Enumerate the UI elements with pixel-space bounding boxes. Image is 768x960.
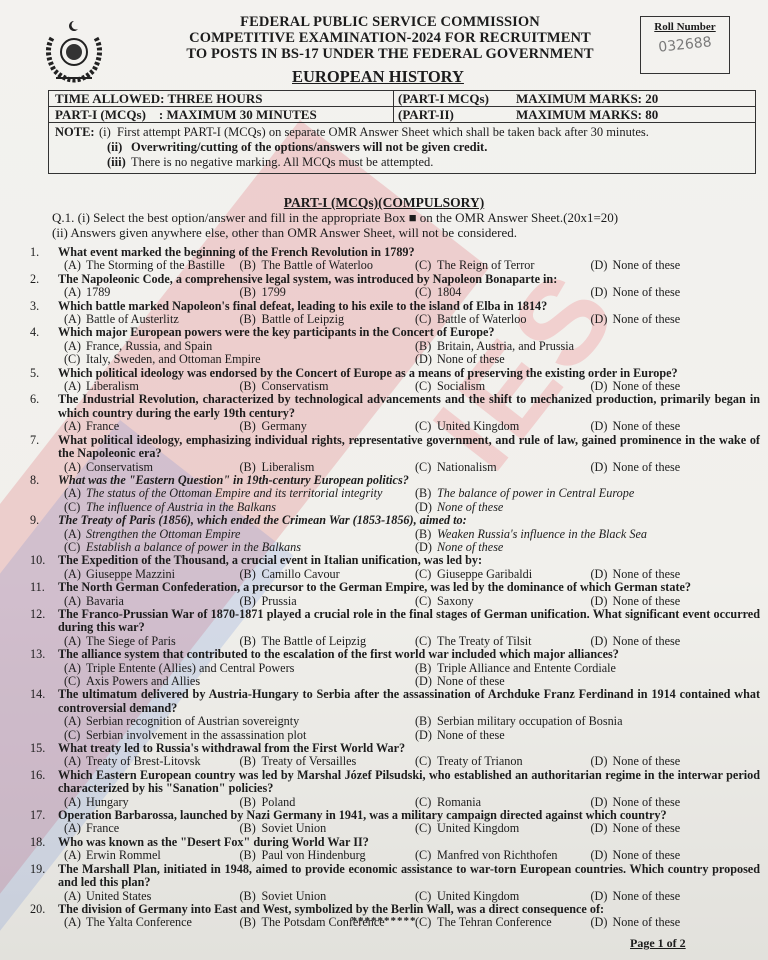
part2-marks-label: (PART-II): [398, 107, 516, 122]
answer-option: (A)Erwin Rommel: [64, 849, 234, 862]
answer-option: (A)France: [64, 420, 234, 433]
option-text: Serbian recognition of Austrian sovereig…: [86, 714, 299, 728]
option-text: The Siege of Paris: [86, 634, 176, 648]
option-text: The Battle of Leipzig: [262, 634, 367, 648]
option-key: (D): [591, 849, 613, 862]
answer-option: (B)Soviet Union: [240, 890, 410, 903]
answer-option: (D)None of these: [591, 313, 761, 326]
question-number: 14.: [30, 688, 58, 742]
answer-option: (C)Axis Powers and Allies: [64, 675, 409, 688]
option-key: (C): [415, 420, 437, 433]
question-number: 7.: [30, 434, 58, 474]
option-key: (A): [64, 487, 86, 500]
option-key: (C): [415, 822, 437, 835]
answer-option: (D)None of these: [591, 259, 761, 272]
answer-option: (C)The Reign of Terror: [415, 259, 585, 272]
question-stem: What political ideology, emphasizing ind…: [58, 434, 760, 461]
option-key: (D): [591, 755, 613, 768]
option-text: None of these: [613, 567, 681, 581]
question-stem: Which Eastern European country was led b…: [58, 769, 760, 796]
answer-option: (D)None of these: [415, 729, 760, 742]
option-text: Axis Powers and Allies: [86, 674, 200, 688]
answer-option: (C)Romania: [415, 796, 585, 809]
option-text: None of these: [613, 379, 681, 393]
answer-option: (C)Treaty of Trianon: [415, 755, 585, 768]
answer-option: (C)United Kingdom: [415, 420, 585, 433]
option-key: (C): [415, 461, 437, 474]
answer-option: (A)The Siege of Paris: [64, 635, 234, 648]
time-allowed: TIME ALLOWED: THREE HOURS: [49, 91, 394, 106]
option-key: (A): [64, 461, 86, 474]
option-key: (B): [240, 890, 262, 903]
answer-option: (C)1804: [415, 286, 585, 299]
option-text: Germany: [262, 419, 307, 433]
option-key: (B): [240, 286, 262, 299]
instruction-ii: (ii) Answers given anywhere else, other …: [52, 225, 762, 240]
answer-option: (B)1799: [240, 286, 410, 299]
option-key: (C): [415, 313, 437, 326]
answer-option: (B)Conservatism: [240, 380, 410, 393]
question-item: 5.Which political ideology was endorsed …: [30, 367, 760, 394]
answer-option: (C)United Kingdom: [415, 822, 585, 835]
option-key: (A): [64, 822, 86, 835]
option-text: None of these: [613, 795, 681, 809]
answer-option: (A)Conservatism: [64, 461, 234, 474]
option-text: None of these: [613, 285, 681, 299]
option-text: The balance of power in Central Europe: [437, 486, 634, 500]
answer-option: (A)Strengthen the Ottoman Empire: [64, 528, 409, 541]
answer-option: (A)1789: [64, 286, 234, 299]
option-text: None of these: [613, 848, 681, 862]
option-text: France, Russia, and Spain: [86, 339, 212, 353]
option-text: None of these: [613, 889, 681, 903]
answer-option: (A)United States: [64, 890, 234, 903]
question-stem: Which political ideology was endorsed by…: [58, 367, 760, 380]
option-key: (D): [591, 313, 613, 326]
answer-option: (B)Germany: [240, 420, 410, 433]
question-item: 3.Which battle marked Napoleon's final d…: [30, 300, 760, 327]
option-key: (A): [64, 380, 86, 393]
question-stem: The ultimatum delivered by Austria-Hunga…: [58, 688, 760, 715]
answer-option: (D)None of these: [591, 890, 761, 903]
answer-option: (C)Battle of Waterloo: [415, 313, 585, 326]
subject-title: EUROPEAN HISTORY: [292, 67, 464, 87]
option-key: (A): [64, 849, 86, 862]
option-key: (A): [64, 313, 86, 326]
option-text: United Kingdom: [437, 419, 519, 433]
question-number: 10.: [30, 554, 58, 581]
answer-option: (B)Prussia: [240, 595, 410, 608]
option-text: United Kingdom: [437, 821, 519, 835]
note-3-num: (iii): [107, 155, 131, 170]
question-stem: The Napoleonic Code, a comprehensive leg…: [58, 273, 760, 286]
option-key: (C): [415, 595, 437, 608]
answer-option: (A)Hungary: [64, 796, 234, 809]
option-key: (D): [591, 380, 613, 393]
option-text: 1804: [437, 285, 461, 299]
option-text: None of these: [613, 258, 681, 272]
option-text: None of these: [613, 634, 681, 648]
question-stem: The Treaty of Paris (1856), which ended …: [58, 514, 760, 527]
commission-header: FEDERAL PUBLIC SERVICE COMMISSION COMPET…: [170, 14, 610, 62]
answer-option: (A)The Storming of the Bastille: [64, 259, 234, 272]
option-key: (A): [64, 259, 86, 272]
option-key: (A): [64, 715, 86, 728]
exam-paper-page: IES FEDERAL PUBLIC SERVICE COMMISSION CO…: [0, 0, 768, 960]
question-stem: The North German Confederation, a precur…: [58, 581, 760, 594]
option-key: (D): [415, 501, 437, 514]
option-text: Erwin Rommel: [86, 848, 161, 862]
question-stem: The Expedition of the Thousand, a crucia…: [58, 554, 760, 567]
option-text: Soviet Union: [262, 889, 327, 903]
option-text: The Battle of Waterloo: [262, 258, 374, 272]
answer-option: (B)Paul von Hindenburg: [240, 849, 410, 862]
option-key: (B): [240, 259, 262, 272]
header-line-1: FEDERAL PUBLIC SERVICE COMMISSION: [170, 14, 610, 30]
option-key: (A): [64, 796, 86, 809]
option-key: (A): [64, 340, 86, 353]
option-key: (C): [415, 259, 437, 272]
option-key: (C): [415, 286, 437, 299]
answer-option: (C)The influence of Austria in the Balka…: [64, 501, 409, 514]
option-key: (C): [415, 849, 437, 862]
option-key: (D): [591, 635, 613, 648]
option-key: (C): [415, 755, 437, 768]
option-text: France: [86, 419, 119, 433]
option-key: (A): [64, 568, 86, 581]
question-number: 1.: [30, 246, 58, 273]
option-text: Strengthen the Ottoman Empire: [86, 527, 240, 541]
question-number: 17.: [30, 809, 58, 836]
part1-time: PART-I (MCQs) : MAXIMUM 30 MINUTES: [49, 107, 394, 122]
answer-option: (C)Socialism: [415, 380, 585, 393]
answer-option: (A)Giuseppe Mazzini: [64, 568, 234, 581]
part1-marks-label: (PART-I MCQs): [398, 91, 516, 106]
option-text: None of these: [613, 460, 681, 474]
option-key: (B): [240, 796, 262, 809]
answer-option: (B)Weaken Russia's influence in the Blac…: [415, 528, 760, 541]
option-text: Camillo Cavour: [262, 567, 340, 581]
option-key: (C): [64, 353, 86, 366]
page-number: Page 1 of 2: [630, 936, 686, 951]
option-text: Treaty of Versailles: [262, 754, 357, 768]
answer-option: (C)Italy, Sweden, and Ottoman Empire: [64, 353, 409, 366]
option-key: (B): [240, 420, 262, 433]
header-line-3: TO POSTS IN BS-17 UNDER THE FEDERAL GOVE…: [170, 46, 610, 62]
note-3: There is no negative marking. All MCQs m…: [131, 155, 433, 170]
option-key: (D): [591, 420, 613, 433]
option-key: (A): [64, 890, 86, 903]
option-key: (C): [415, 890, 437, 903]
option-text: Battle of Austerlitz: [86, 312, 179, 326]
option-key: (A): [64, 528, 86, 541]
question-item: 6.The Industrial Revolution, characteriz…: [30, 393, 760, 433]
option-key: (C): [64, 541, 86, 554]
question-item: 2.The Napoleonic Code, a comprehensive l…: [30, 273, 760, 300]
option-key: (B): [415, 528, 437, 541]
option-key: (B): [240, 313, 262, 326]
option-text: Battle of Leipzig: [262, 312, 345, 326]
question-number: 4.: [30, 326, 58, 366]
answer-option: (C)Establish a balance of power in the B…: [64, 541, 409, 554]
option-key: (B): [240, 849, 262, 862]
option-key: (D): [591, 259, 613, 272]
option-text: United States: [86, 889, 151, 903]
option-key: (D): [591, 568, 613, 581]
roll-number-label: Roll Number: [641, 21, 729, 33]
option-text: Establish a balance of power in the Balk…: [86, 540, 301, 554]
option-key: (B): [415, 715, 437, 728]
answer-option: (D)None of these: [591, 380, 761, 393]
roll-number-value: 032688: [640, 32, 729, 57]
option-key: (D): [415, 729, 437, 742]
option-text: None of these: [437, 728, 505, 742]
question-item: 17.Operation Barbarossa, launched by Naz…: [30, 809, 760, 836]
question-item: 8.What was the "Eastern Question" in 19t…: [30, 474, 760, 514]
answer-option: (B)Britain, Austria, and Prussia: [415, 340, 760, 353]
answer-option: (B)Serbian military occupation of Bosnia: [415, 715, 760, 728]
question-item: 1.What event marked the beginning of the…: [30, 246, 760, 273]
answer-option: (A)Battle of Austerlitz: [64, 313, 234, 326]
option-text: The Reign of Terror: [437, 258, 534, 272]
option-key: (D): [591, 595, 613, 608]
question-item: 14.The ultimatum delivered by Austria-Hu…: [30, 688, 760, 742]
option-text: Prussia: [262, 594, 297, 608]
note-1-num: (i): [99, 125, 117, 140]
option-text: Triple Alliance and Entente Cordiale: [437, 661, 616, 675]
answer-option: (B)The Battle of Waterloo: [240, 259, 410, 272]
option-text: Soviet Union: [262, 821, 327, 835]
answer-option: (A)Serbian recognition of Austrian sover…: [64, 715, 409, 728]
option-text: The Storming of the Bastille: [86, 258, 225, 272]
question-stem: Which major European powers were the key…: [58, 326, 760, 339]
option-text: The Treaty of Tilsit: [437, 634, 531, 648]
option-text: None of these: [613, 419, 681, 433]
option-key: (B): [415, 487, 437, 500]
answer-option: (B)Camillo Cavour: [240, 568, 410, 581]
option-key: (C): [415, 380, 437, 393]
question-stem: The Industrial Revolution, characterized…: [58, 393, 760, 420]
question-item: 11.The North German Confederation, a pre…: [30, 581, 760, 608]
answer-option: (D)None of these: [415, 541, 760, 554]
option-key: (C): [415, 635, 437, 648]
option-text: Conservatism: [262, 379, 329, 393]
option-key: (D): [591, 796, 613, 809]
question-stem: The Marshall Plan, initiated in 1948, ai…: [58, 863, 760, 890]
option-key: (C): [415, 796, 437, 809]
option-text: None of these: [437, 500, 503, 514]
answer-option: (C)Giuseppe Garibaldi: [415, 568, 585, 581]
option-key: (A): [64, 420, 86, 433]
part1-title: PART-I (MCQs)(COMPULSORY): [0, 195, 768, 211]
answer-option: (A)Bavaria: [64, 595, 234, 608]
option-text: Socialism: [437, 379, 485, 393]
question-stem: What event marked the beginning of the F…: [58, 246, 760, 259]
option-text: Treaty of Trianon: [437, 754, 523, 768]
answer-option: (A)France, Russia, and Spain: [64, 340, 409, 353]
answer-option: (C)Saxony: [415, 595, 585, 608]
option-text: Italy, Sweden, and Ottoman Empire: [86, 352, 261, 366]
option-key: (B): [415, 340, 437, 353]
option-key: (D): [415, 541, 437, 554]
answer-option: (A)Liberalism: [64, 380, 234, 393]
option-text: None of these: [613, 594, 681, 608]
answer-option: (B)Soviet Union: [240, 822, 410, 835]
question-number: 15.: [30, 742, 58, 769]
option-text: None of these: [437, 352, 505, 366]
option-text: France: [86, 821, 119, 835]
roll-number-box: Roll Number 032688: [640, 16, 730, 74]
question-number: 16.: [30, 769, 58, 809]
note-label: NOTE:: [55, 125, 99, 140]
option-key: (B): [240, 568, 262, 581]
option-key: (B): [240, 380, 262, 393]
option-key: (A): [64, 662, 86, 675]
answer-option: (D)None of these: [591, 595, 761, 608]
question-item: 4.Which major European powers were the k…: [30, 326, 760, 366]
question-item: 16.Which Eastern European country was le…: [30, 769, 760, 809]
answer-option: (B)Battle of Leipzig: [240, 313, 410, 326]
option-key: (A): [64, 635, 86, 648]
note-2-num: (ii): [107, 140, 131, 155]
question-item: 19.The Marshall Plan, initiated in 1948,…: [30, 863, 760, 903]
question-number: 8.: [30, 474, 58, 514]
option-text: 1799: [262, 285, 286, 299]
question-number: 19.: [30, 863, 58, 903]
question-number: 5.: [30, 367, 58, 394]
option-text: Giuseppe Garibaldi: [437, 567, 532, 581]
question-number: 12.: [30, 608, 58, 648]
option-text: Serbian military occupation of Bosnia: [437, 714, 622, 728]
answer-option: (B)Liberalism: [240, 461, 410, 474]
option-text: None of these: [613, 754, 681, 768]
answer-option: (D)None of these: [591, 420, 761, 433]
answer-option: (D)None of these: [415, 501, 760, 514]
answer-option: (D)None of these: [415, 353, 760, 366]
answer-option: (A)The status of the Ottoman Empire and …: [64, 487, 409, 500]
option-key: (B): [240, 755, 262, 768]
question-item: 18.Who was known as the "Desert Fox" dur…: [30, 836, 760, 863]
question-item: 13.The alliance system that contributed …: [30, 648, 760, 688]
instruction-i: Q.1. (i) Select the best option/answer a…: [52, 210, 762, 225]
answer-option: (B)The Battle of Leipzig: [240, 635, 410, 648]
question-stem: The alliance system that contributed to …: [58, 648, 760, 661]
answer-option: (C)Manfred von Richthofen: [415, 849, 585, 862]
question-stem: What was the "Eastern Question" in 19th-…: [58, 474, 760, 487]
answer-option: (D)None of these: [591, 796, 761, 809]
question-item: 15.What treaty led to Russia's withdrawa…: [30, 742, 760, 769]
option-text: Weaken Russia's influence in the Black S…: [437, 527, 647, 541]
question-number: 6.: [30, 393, 58, 433]
option-text: Saxony: [437, 594, 474, 608]
question-number: 9.: [30, 514, 58, 554]
option-text: Triple Entente (Allies) and Central Powe…: [86, 661, 294, 675]
option-text: Paul von Hindenburg: [262, 848, 366, 862]
part2-marks: MAXIMUM MARKS: 80: [516, 107, 658, 122]
option-text: Poland: [262, 795, 296, 809]
option-key: (B): [240, 461, 262, 474]
answer-option: (D)None of these: [591, 635, 761, 648]
option-text: Giuseppe Mazzini: [86, 567, 175, 581]
answer-option: (D)None of these: [591, 849, 761, 862]
q1-instructions: Q.1. (i) Select the best option/answer a…: [52, 210, 762, 240]
answer-option: (D)None of these: [591, 755, 761, 768]
government-emblem-icon: [38, 18, 110, 86]
note-2: Overwriting/cutting of the options/answe…: [131, 140, 487, 155]
option-key: (C): [64, 729, 86, 742]
option-text: Battle of Waterloo: [437, 312, 527, 326]
question-number: 13.: [30, 648, 58, 688]
option-text: None of these: [437, 674, 505, 688]
part1-marks: MAXIMUM MARKS: 20: [516, 91, 658, 106]
question-item: 9.The Treaty of Paris (1856), which ende…: [30, 514, 760, 554]
option-key: (A): [64, 595, 86, 608]
option-key: (B): [240, 595, 262, 608]
option-key: (D): [591, 890, 613, 903]
option-key: (C): [64, 675, 86, 688]
question-number: 18.: [30, 836, 58, 863]
option-key: (D): [415, 353, 437, 366]
note-1: First attempt PART-I (MCQs) on separate …: [117, 125, 649, 140]
answer-option: (B)The balance of power in Central Europ…: [415, 487, 760, 500]
option-text: The influence of Austria in the Balkans: [86, 500, 276, 514]
option-text: None of these: [613, 821, 681, 835]
option-text: Liberalism: [86, 379, 139, 393]
exam-notes: NOTE: (i) First attempt PART-I (MCQs) on…: [49, 123, 755, 173]
answer-option: (B)Treaty of Versailles: [240, 755, 410, 768]
answer-option: (D)None of these: [591, 461, 761, 474]
question-item: 12.The Franco-Prussian War of 1870-1871 …: [30, 608, 760, 648]
end-marker: **********: [0, 915, 768, 927]
option-text: Conservatism: [86, 460, 153, 474]
question-number: 3.: [30, 300, 58, 327]
option-text: Treaty of Brest-Litovsk: [86, 754, 201, 768]
option-key: (A): [64, 755, 86, 768]
option-key: (B): [415, 662, 437, 675]
question-stem: What treaty led to Russia's withdrawal f…: [58, 742, 760, 755]
option-text: The status of the Ottoman Empire and its…: [86, 486, 382, 500]
answer-option: (D)None of these: [591, 286, 761, 299]
option-text: Nationalism: [437, 460, 497, 474]
option-text: Serbian involvement in the assassination…: [86, 728, 306, 742]
question-list: 1.What event marked the beginning of the…: [30, 246, 760, 930]
exam-info-table: TIME ALLOWED: THREE HOURS (PART-I MCQs) …: [48, 90, 756, 174]
option-text: United Kingdom: [437, 889, 519, 903]
question-stem: Who was known as the "Desert Fox" during…: [58, 836, 760, 849]
answer-option: (D)None of these: [591, 822, 761, 835]
question-item: 10.The Expedition of the Thousand, a cru…: [30, 554, 760, 581]
option-text: 1789: [86, 285, 110, 299]
option-text: Manfred von Richthofen: [437, 848, 558, 862]
question-stem: Which battle marked Napoleon's final def…: [58, 300, 760, 313]
answer-option: (B)Triple Alliance and Entente Cordiale: [415, 662, 760, 675]
option-key: (D): [415, 675, 437, 688]
option-text: Britain, Austria, and Prussia: [437, 339, 574, 353]
option-key: (C): [64, 501, 86, 514]
question-stem: The Franco-Prussian War of 1870-1871 pla…: [58, 608, 760, 635]
question-number: 2.: [30, 273, 58, 300]
option-key: (B): [240, 635, 262, 648]
answer-option: (A)Treaty of Brest-Litovsk: [64, 755, 234, 768]
option-text: Bavaria: [86, 594, 124, 608]
answer-option: (D)None of these: [591, 568, 761, 581]
header-line-2: COMPETITIVE EXAMINATION-2024 FOR RECRUIT…: [170, 30, 610, 46]
answer-option: (A)France: [64, 822, 234, 835]
answer-option: (C)The Treaty of Tilsit: [415, 635, 585, 648]
option-key: (B): [240, 822, 262, 835]
question-item: 7.What political ideology, emphasizing i…: [30, 434, 760, 474]
answer-option: (C)Nationalism: [415, 461, 585, 474]
